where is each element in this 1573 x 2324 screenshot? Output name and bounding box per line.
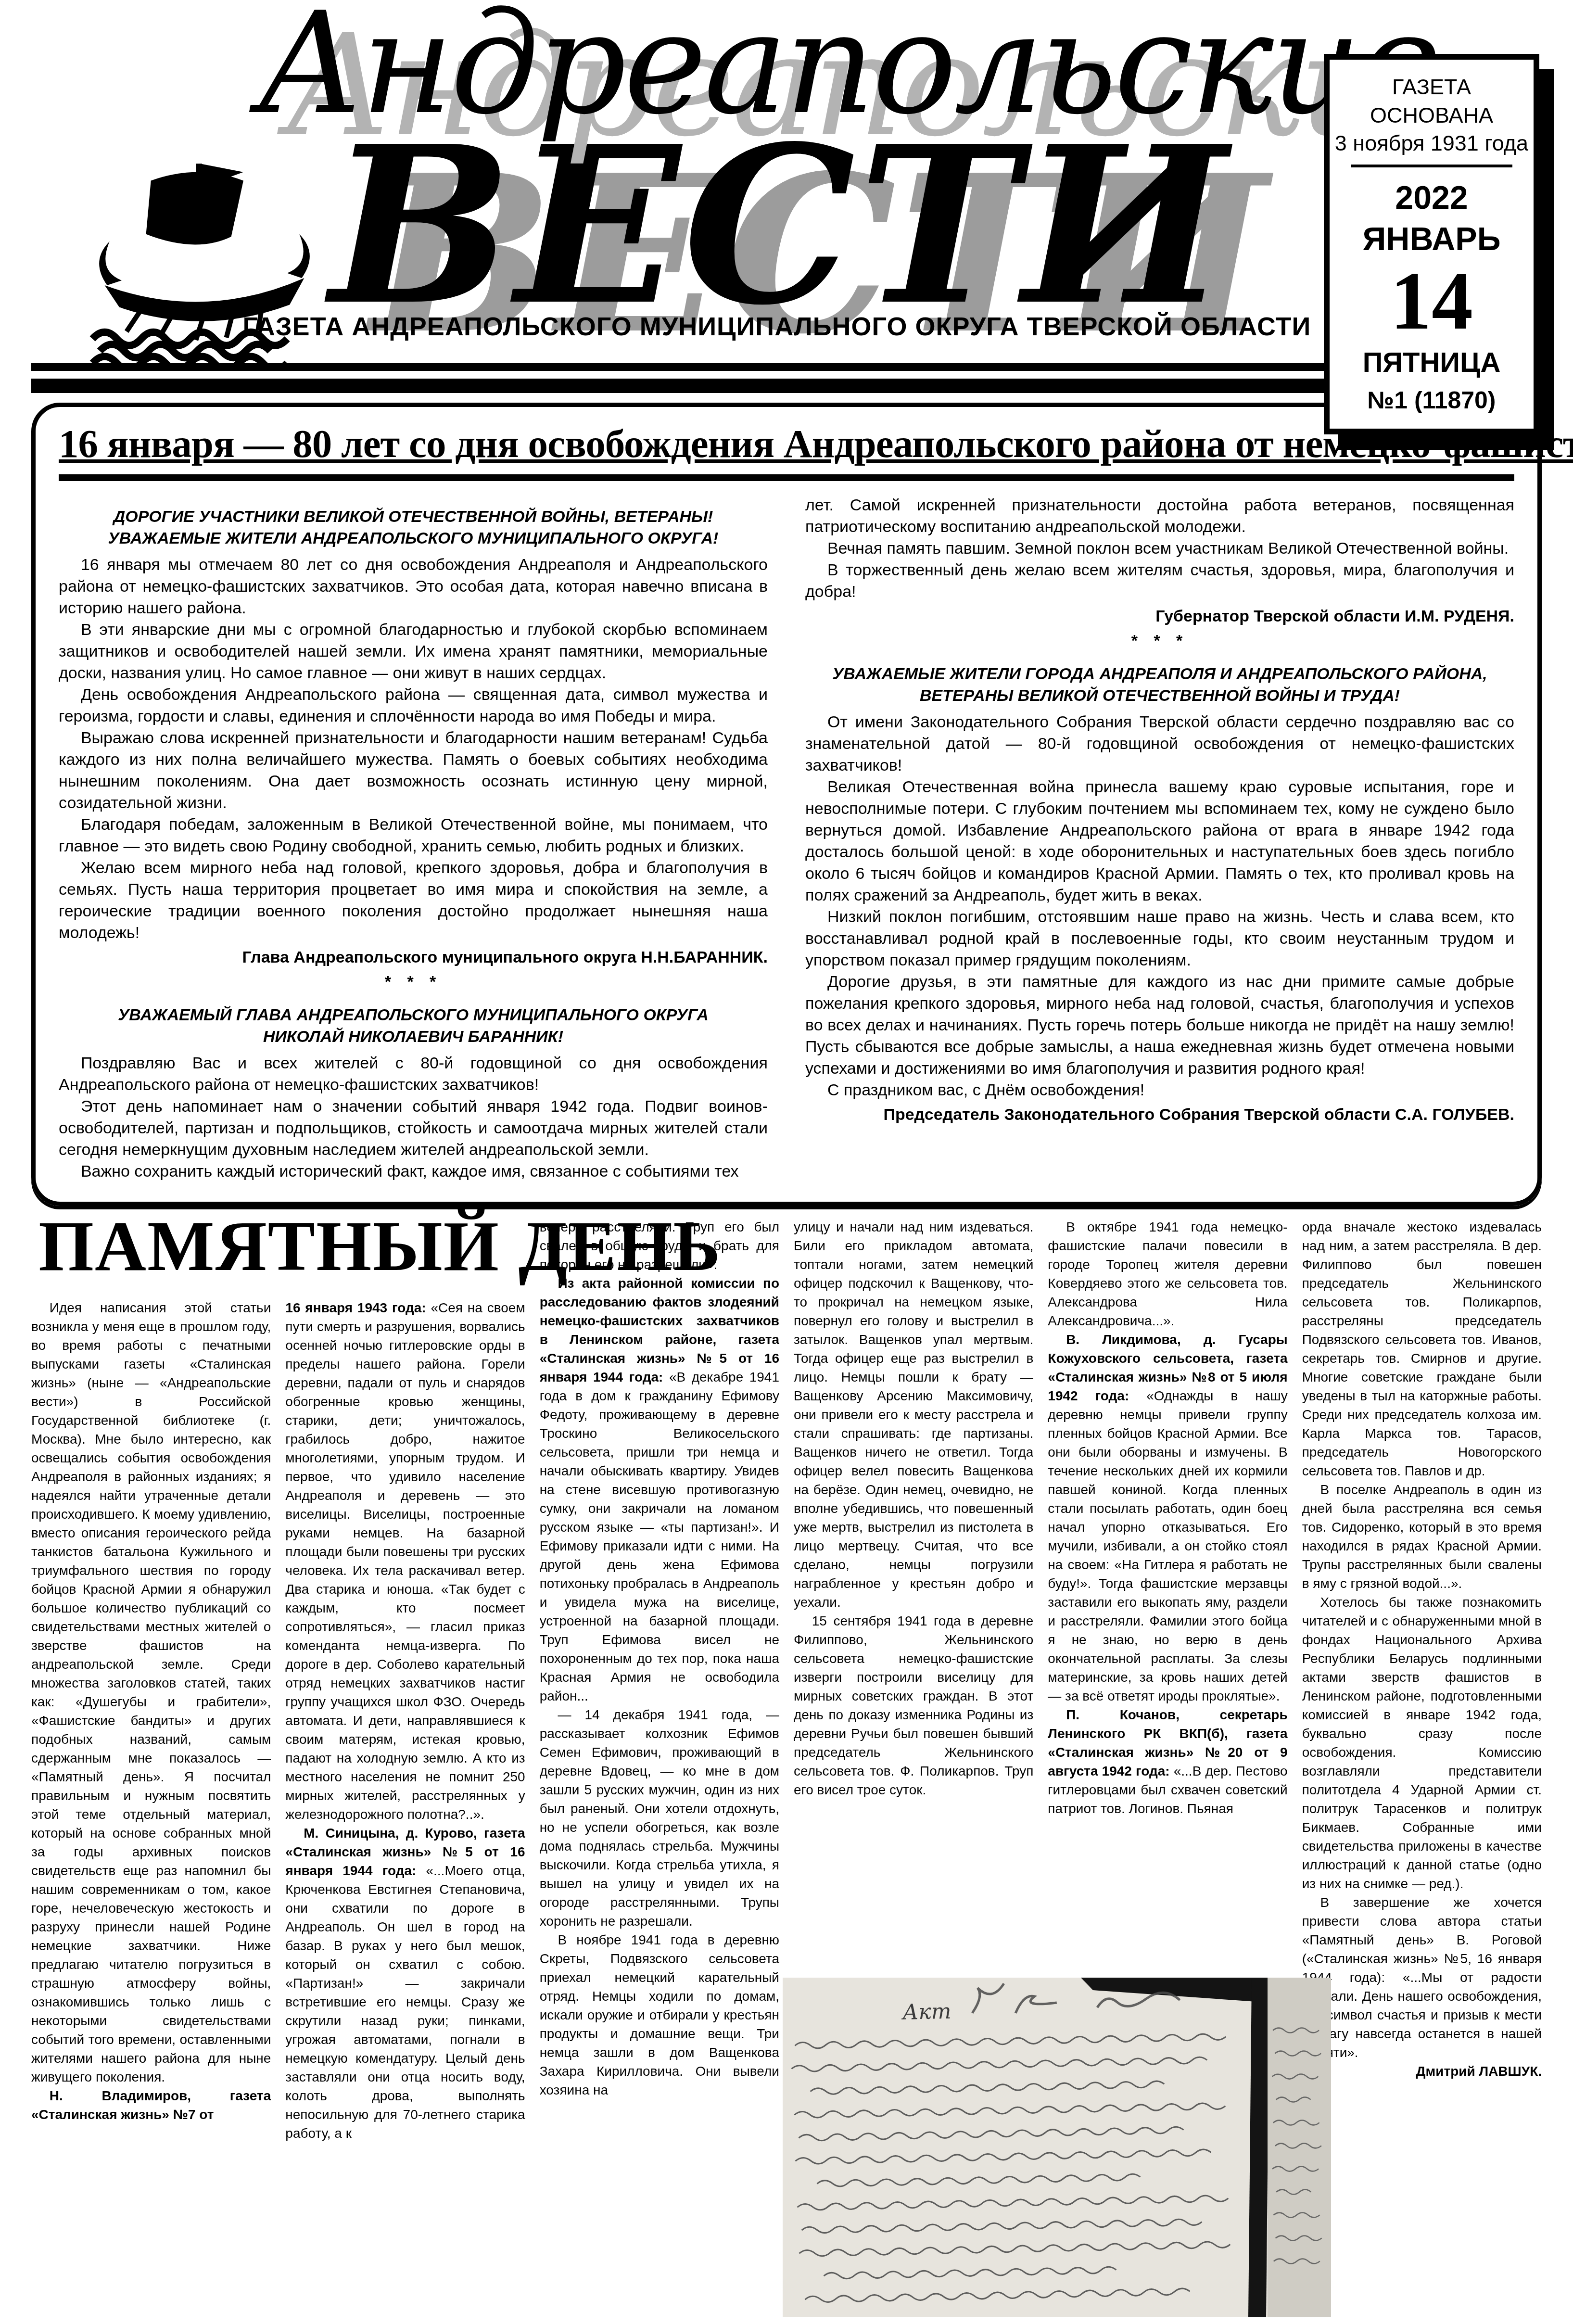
article-column-6: орда вначале жестоко издевалась над ним,… [1302, 1218, 1542, 2319]
paragraph: П. Кочанов, секретарь Ленинского РК ВКП(… [1048, 1705, 1287, 1818]
paragraph: В октябре 1941 года немецко-фашистские п… [1048, 1218, 1287, 1330]
issue-weekday: ПЯТНИЦА [1334, 346, 1529, 379]
archive-document-photo: Акт [783, 1978, 1331, 2317]
paragraph: * * * [805, 630, 1514, 652]
article-column-3: вечеру расстреляли. Труп его был свален … [540, 1218, 779, 2319]
issue-number: №1 (11870) [1334, 386, 1529, 414]
paragraph: Благодаря победам, заложенным в Великой … [59, 814, 768, 857]
article-column-2: 16 января 1943 года: «Сея на своем пути … [285, 1218, 525, 2319]
paragraph: Председатель Законодательного Собрания Т… [805, 1104, 1514, 1126]
greetings-box: 16 января — 80 лет со дня освобождения А… [31, 403, 1542, 1206]
masthead-rule-thick [31, 379, 1542, 393]
masthead: Андреапольские ВЕСТИ ГАЗЕТА АНДРЕАПОЛЬСК… [31, 0, 1542, 363]
paragraph-lead: Из акта районной комиссии по расследован… [540, 1276, 779, 1384]
paragraph: Н. Владимиров, газета «Сталинская жизнь»… [31, 2086, 271, 2124]
paragraph: ДОРОГИЕ УЧАСТНИКИ ВЕЛИКОЙ ОТЕЧЕСТВЕННОЙ … [59, 506, 768, 549]
article-column-1: Идея написания этой статьи возникла у ме… [31, 1218, 271, 2319]
paragraph: М. Синицына, д. Курово, газета «Сталинск… [285, 1824, 525, 2143]
paragraph: Дмитрий ЛАВШУК. [1302, 2062, 1542, 2081]
paragraph: Вечная память павшим. Земной поклон всем… [805, 538, 1514, 559]
paragraph: Важно сохранить каждый исторический факт… [59, 1161, 768, 1182]
banner-columns: ДОРОГИЕ УЧАСТНИКИ ВЕЛИКОЙ ОТЕЧЕСТВЕННОЙ … [59, 495, 1514, 1182]
paragraph: День освобождения Андреапольского района… [59, 684, 768, 727]
paragraph: Дорогие друзья, в эти памятные для каждо… [805, 971, 1514, 1079]
paragraph: 16 января мы отмечаем 80 лет со дня осво… [59, 554, 768, 619]
founded-line1: ГАЗЕТА ОСНОВАНА [1334, 73, 1529, 129]
paragraph: Выражаю слова искренней признательности … [59, 727, 768, 814]
paragraph: В. Ликдимова, д. Гусары Кожуховского сел… [1048, 1330, 1287, 1705]
paragraph: В эти январские дни мы с огромной благод… [59, 619, 768, 684]
paragraph: Поздравляю Вас и всех жителей с 80-й год… [59, 1053, 768, 1096]
article-memorable-day: ПАМЯТНЫЙ ДЕНЬ Идея написания этой статьи… [31, 1218, 1542, 2319]
founded-line2: 3 ноября 1931 года [1334, 129, 1529, 158]
paragraph: лет. Самой искренней признательности дос… [805, 495, 1514, 538]
paragraph: УВАЖАЕМЫЕ ЖИТЕЛИ ГОРОДА АНДРЕАПОЛЯ И АНД… [805, 663, 1514, 707]
paragraph: В торжественный день желаю всем жителям … [805, 559, 1514, 603]
paragraph: — 14 декабря 1941 года, — рассказывает к… [540, 1705, 779, 1930]
paragraph: Губернатор Тверской области И.М. РУДЕНЯ. [805, 606, 1514, 627]
photo-handwriting-label: Акт [901, 1999, 951, 2025]
paragraph: В завершение же хочется привести слова а… [1302, 1893, 1542, 2062]
paragraph: Этот день напоминает нам о значении собы… [59, 1096, 768, 1161]
issue-month: ЯНВАРЬ [1334, 220, 1529, 258]
newspaper-title-line2: ВЕСТИ [330, 118, 1230, 334]
newspaper-subtitle: ГАЗЕТА АНДРЕАПОЛЬСКОГО МУНИЦИПАЛЬНОГО ОК… [238, 312, 1316, 342]
date-box-divider [1351, 165, 1512, 167]
paragraph: От имени Законодательного Собрания Тверс… [805, 711, 1514, 776]
paragraph: С праздником вас, с Днём освобождения! [805, 1079, 1514, 1101]
paragraph-lead: В. Ликдимова, д. Гусары Кожуховского сел… [1048, 1332, 1287, 1403]
paragraph: УВАЖАЕМЫЙ ГЛАВА АНДРЕАПОЛЬСКОГО МУНИЦИПА… [59, 1004, 768, 1048]
issue-day: 14 [1334, 258, 1529, 345]
paragraph: Глава Андреапольского муниципального окр… [59, 947, 768, 968]
newspaper-title-line1: Андреапольские [257, 0, 1439, 145]
paragraph: Идея написания этой статьи возникла у ме… [31, 1298, 271, 2086]
issue-year: 2022 [1334, 179, 1529, 216]
paragraph: улицу и начали над ним издеваться. Били … [794, 1218, 1033, 1612]
paragraph-lead: 16 января 1943 года: [285, 1300, 431, 1315]
newspaper-page: Андреапольские ВЕСТИ ГАЗЕТА АНДРЕАПОЛЬСК… [0, 0, 1573, 2324]
article-columns: Идея написания этой статьи возникла у ме… [31, 1218, 1542, 2319]
paragraph: Желаю всем мирного неба над головой, кре… [59, 857, 768, 944]
paragraph: орда вначале жестоко издевалась над ним,… [1302, 1218, 1542, 1480]
paragraph: Хотелось бы также познакомить читателей … [1302, 1593, 1542, 1893]
paragraph-lead: М. Синицына, д. Курово, газета «Сталинск… [285, 1826, 525, 1878]
paragraph: * * * [59, 971, 768, 993]
paragraph: В поселке Андреаполь в один из дней была… [1302, 1480, 1542, 1593]
banner-headline: 16 января — 80 лет со дня освобождения А… [59, 420, 1514, 467]
article-title: ПАМЯТНЫЙ ДЕНЬ [38, 1211, 721, 1282]
paragraph-lead: Н. Владимиров, газета «Сталинская жизнь»… [31, 2088, 271, 2122]
paragraph: В ноябре 1941 года в деревню Скреты, Под… [540, 1930, 779, 2099]
date-box: ГАЗЕТА ОСНОВАНА 3 ноября 1931 года 2022 … [1324, 54, 1539, 434]
paragraph: Низкий поклон погибшим, отстоявшим наше … [805, 906, 1514, 971]
banner-column-right: лет. Самой искренней признательности дос… [805, 495, 1514, 1182]
paragraph: Из акта районной комиссии по расследован… [540, 1274, 779, 1705]
paragraph: Великая Отечественная война принесла ваш… [805, 776, 1514, 906]
paragraph: 16 января 1943 года: «Сея на своем пути … [285, 1298, 525, 1824]
headline-rule [59, 474, 1514, 481]
paragraph-lead: П. Кочанов, секретарь Ленинского РК ВКП(… [1048, 1707, 1287, 1778]
banner-column-left: ДОРОГИЕ УЧАСТНИКИ ВЕЛИКОЙ ОТЕЧЕСТВЕННОЙ … [59, 495, 768, 1182]
paragraph: 15 сентября 1941 года в деревне Филиппов… [794, 1612, 1033, 1799]
